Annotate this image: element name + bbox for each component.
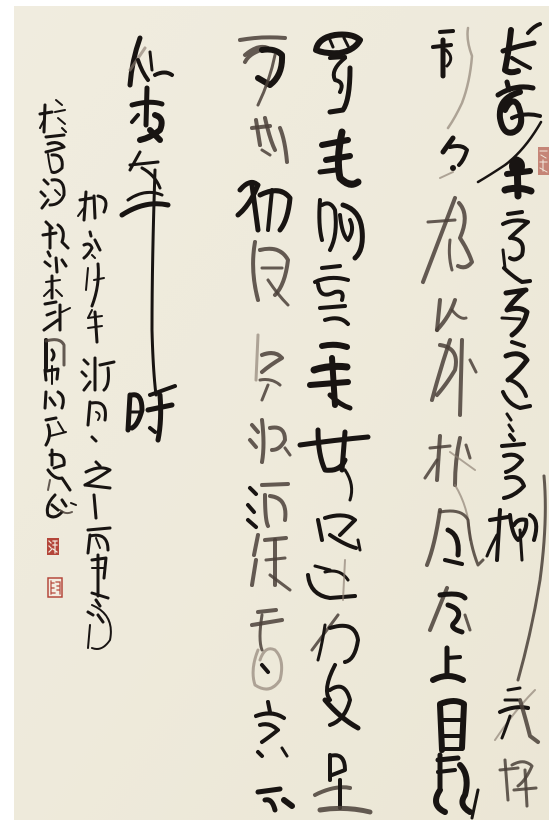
seal-intaglio	[47, 538, 59, 555]
inscription-column-1: 柳永少年遊詞之一丙申冬月	[76, 190, 118, 655]
inscription-column-2: 於青海教永木斯閣中心張良書	[38, 98, 72, 523]
poem-column-3: 四天垂歸雲一去無蹤跡何處是	[298, 30, 370, 815]
poem-column-1: 長安古道馬遲遲高柳亂蟬	[486, 20, 546, 815]
seal-relief	[48, 578, 62, 597]
poem-column-4: 前期狎興生疏酒徒蕭索不	[234, 30, 294, 815]
poem-column-2: 嘶夕陽島外秋風原上目斷	[420, 26, 482, 818]
poem-column-5: 似少年時	[122, 34, 178, 444]
calligraphy-artwork: 長安古道馬遲遲高柳亂蟬 嘶夕陽島外秋風原上目斷 四天垂歸雲一去無蹤跡何處是 前期…	[0, 0, 550, 821]
